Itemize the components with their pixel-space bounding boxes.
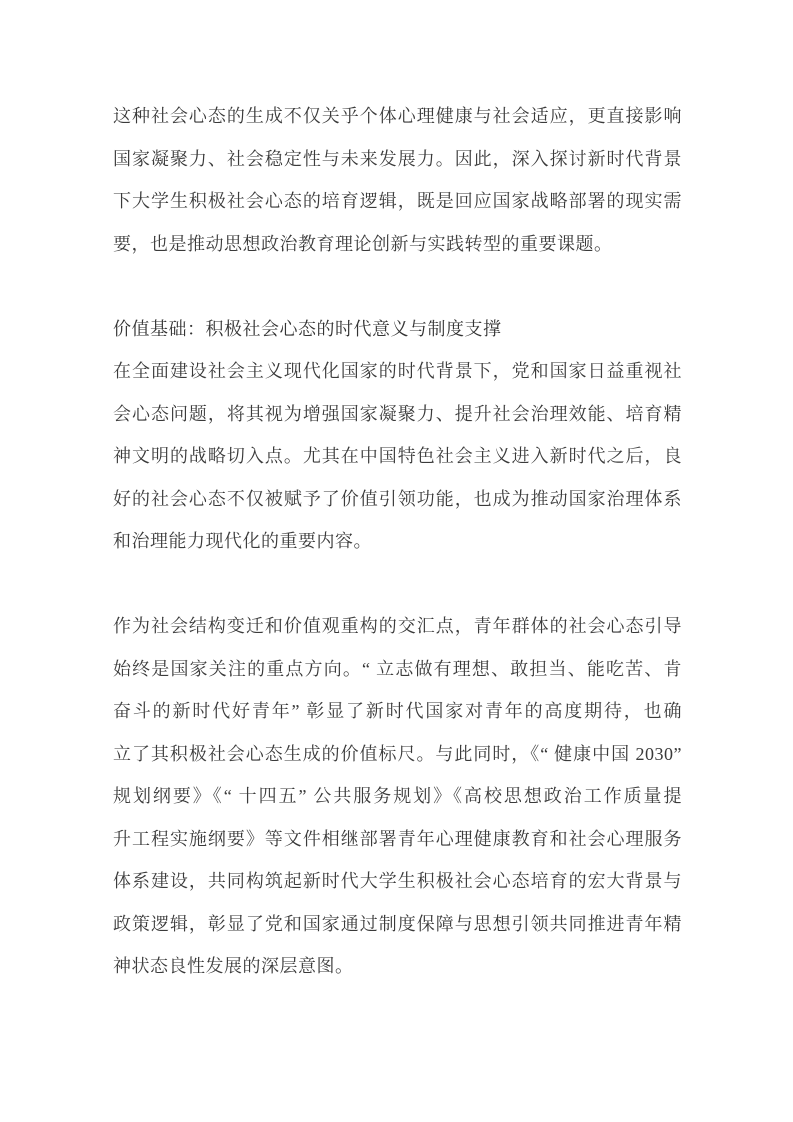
- text-line: 要，也是推动思想政治教育理论创新与实践转型的重要课题。: [113, 223, 682, 266]
- text-line: 始终是国家关注的重点方向。“ 立志做有理想、敢担当、能吃苦、肯: [113, 648, 682, 691]
- text-line: 升工程实施纲要》等文件相继部署青年心理健康教育和社会心理服务: [113, 818, 682, 861]
- text-line: 好的社会心态不仅被赋予了价值引领功能，也成为推动国家治理体系: [113, 478, 682, 521]
- heading-line: 价值基础：积极社会心态的时代意义与制度支撑: [113, 308, 682, 351]
- text-line: 会心态问题，将其视为增强国家凝聚力、提升社会治理效能、培育精: [113, 393, 682, 436]
- text-line: 体系建设，共同构筑起新时代大学生积极社会心态培育的宏大背景与: [113, 860, 682, 903]
- text-line: 在全面建设社会主义现代化国家的时代背景下，党和国家日益重视社: [113, 350, 682, 393]
- youth-policy-paragraph: 作为社会结构变迁和价值观重构的交汇点，青年群体的社会心态引导始终是国家关注的重点…: [113, 605, 682, 988]
- text-line: 政策逻辑，彰显了党和国家通过制度保障与思想引领共同推进青年精: [113, 903, 682, 946]
- text-line: 奋斗的新时代好青年” 彰显了新时代国家对青年的高度期待，也确: [113, 690, 682, 733]
- blank-line: [113, 563, 682, 606]
- text-line: 和治理能力现代化的重要内容。: [113, 520, 682, 563]
- intro-paragraph: 这种社会心态的生成不仅关乎个体心理健康与社会适应，更直接影响国家凝聚力、社会稳定…: [113, 95, 682, 265]
- blank-line: [113, 265, 682, 308]
- text-line: 规划纲要》《“ 十四五” 公共服务规划》《高校思想政治工作质量提: [113, 775, 682, 818]
- text-line: [113, 563, 682, 606]
- value-foundation-paragraph: 在全面建设社会主义现代化国家的时代背景下，党和国家日益重视社会心态问题，将其视为…: [113, 350, 682, 563]
- text-line: 下大学生积极社会心态的培育逻辑，既是回应国家战略部署的现实需: [113, 180, 682, 223]
- text-line: [113, 265, 682, 308]
- text-line: 立了其积极社会心态生成的价值标尺。与此同时，《“ 健康中国 2030”: [113, 733, 682, 776]
- text-line: 作为社会结构变迁和价值观重构的交汇点，青年群体的社会心态引导: [113, 605, 682, 648]
- document-body: 这种社会心态的生成不仅关乎个体心理健康与社会适应，更直接影响国家凝聚力、社会稳定…: [113, 95, 682, 988]
- text-line: 国家凝聚力、社会稳定性与未来发展力。因此，深入探讨新时代背景: [113, 138, 682, 181]
- document-page: 这种社会心态的生成不仅关乎个体心理健康与社会适应，更直接影响国家凝聚力、社会稳定…: [0, 0, 793, 1122]
- text-line: 这种社会心态的生成不仅关乎个体心理健康与社会适应，更直接影响: [113, 95, 682, 138]
- text-line: 神状态良性发展的深层意图。: [113, 945, 682, 988]
- text-line: 神文明的战略切入点。尤其在中国特色社会主义进入新时代之后，良: [113, 435, 682, 478]
- section-heading: 价值基础：积极社会心态的时代意义与制度支撑: [113, 308, 682, 351]
